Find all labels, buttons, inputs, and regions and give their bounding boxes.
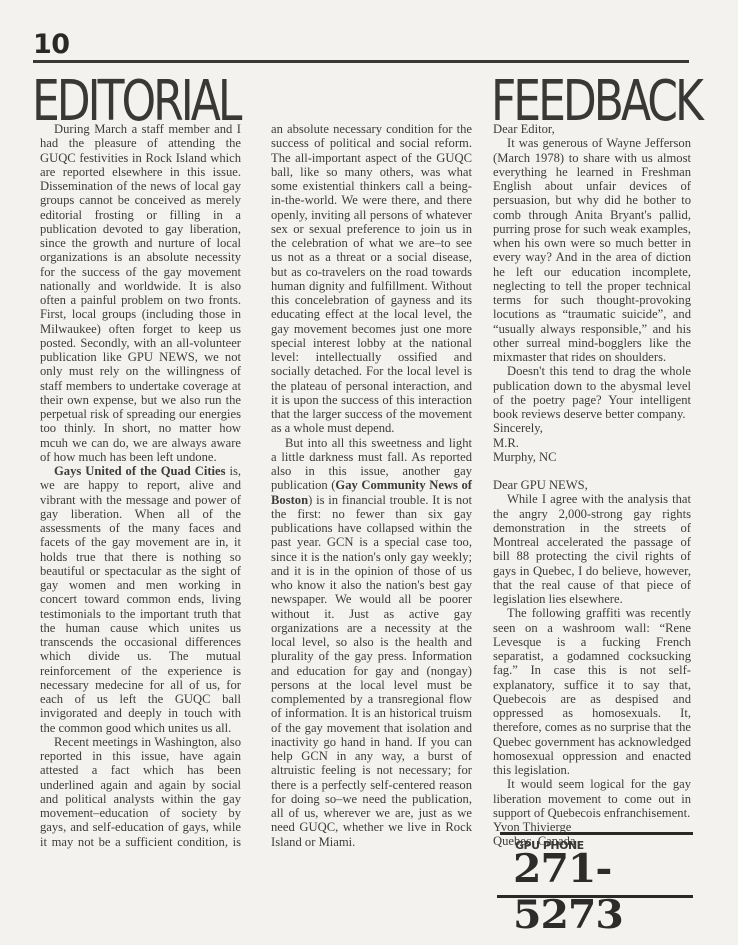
letter-paragraph: The following graffiti was recently seen… bbox=[493, 606, 691, 777]
letter-closing: Sincerely, bbox=[493, 421, 691, 435]
editorial-article: During March a staff member and I had th… bbox=[40, 122, 472, 862]
letter-2: Dear GPU NEWS, While I agree with the an… bbox=[493, 478, 691, 849]
phone-ad-top-rule bbox=[500, 832, 693, 835]
header-rule bbox=[33, 60, 689, 63]
phone-ad: GPU PHONE 271-5273 bbox=[497, 832, 693, 900]
letter-paragraph: It would seem logical for the gay libera… bbox=[493, 777, 691, 820]
letter-salutation: Dear Editor, bbox=[493, 122, 691, 136]
editorial-paragraph: During March a staff member and I had th… bbox=[40, 122, 241, 464]
letter-paragraph: While I agree with the analysis that the… bbox=[493, 492, 691, 606]
letter-1: Dear Editor, It was generous of Wayne Je… bbox=[493, 122, 691, 464]
phone-ad-bottom-rule bbox=[497, 895, 693, 898]
letter-location: Murphy, NC bbox=[493, 450, 691, 464]
page-number: 10 bbox=[33, 29, 70, 60]
letter-paragraph: It was generous of Wayne Jefferson (Marc… bbox=[493, 136, 691, 364]
letter-signature: M.R. bbox=[493, 436, 691, 450]
editorial-paragraph: Gays United of the Quad Cities is, we ar… bbox=[40, 464, 241, 735]
letter-paragraph: Doesn't this tend to drag the whole publ… bbox=[493, 364, 691, 421]
feedback-column: Dear Editor, It was generous of Wayne Je… bbox=[493, 122, 691, 849]
letter-gap bbox=[493, 464, 691, 478]
editorial-paragraph: But into all this sweetness and light a … bbox=[271, 436, 472, 849]
letter-salutation: Dear GPU NEWS, bbox=[493, 478, 691, 492]
phone-ad-number: 271-5273 bbox=[513, 846, 702, 938]
org-name-guqc: Gays United of the Quad Cities bbox=[54, 464, 226, 478]
